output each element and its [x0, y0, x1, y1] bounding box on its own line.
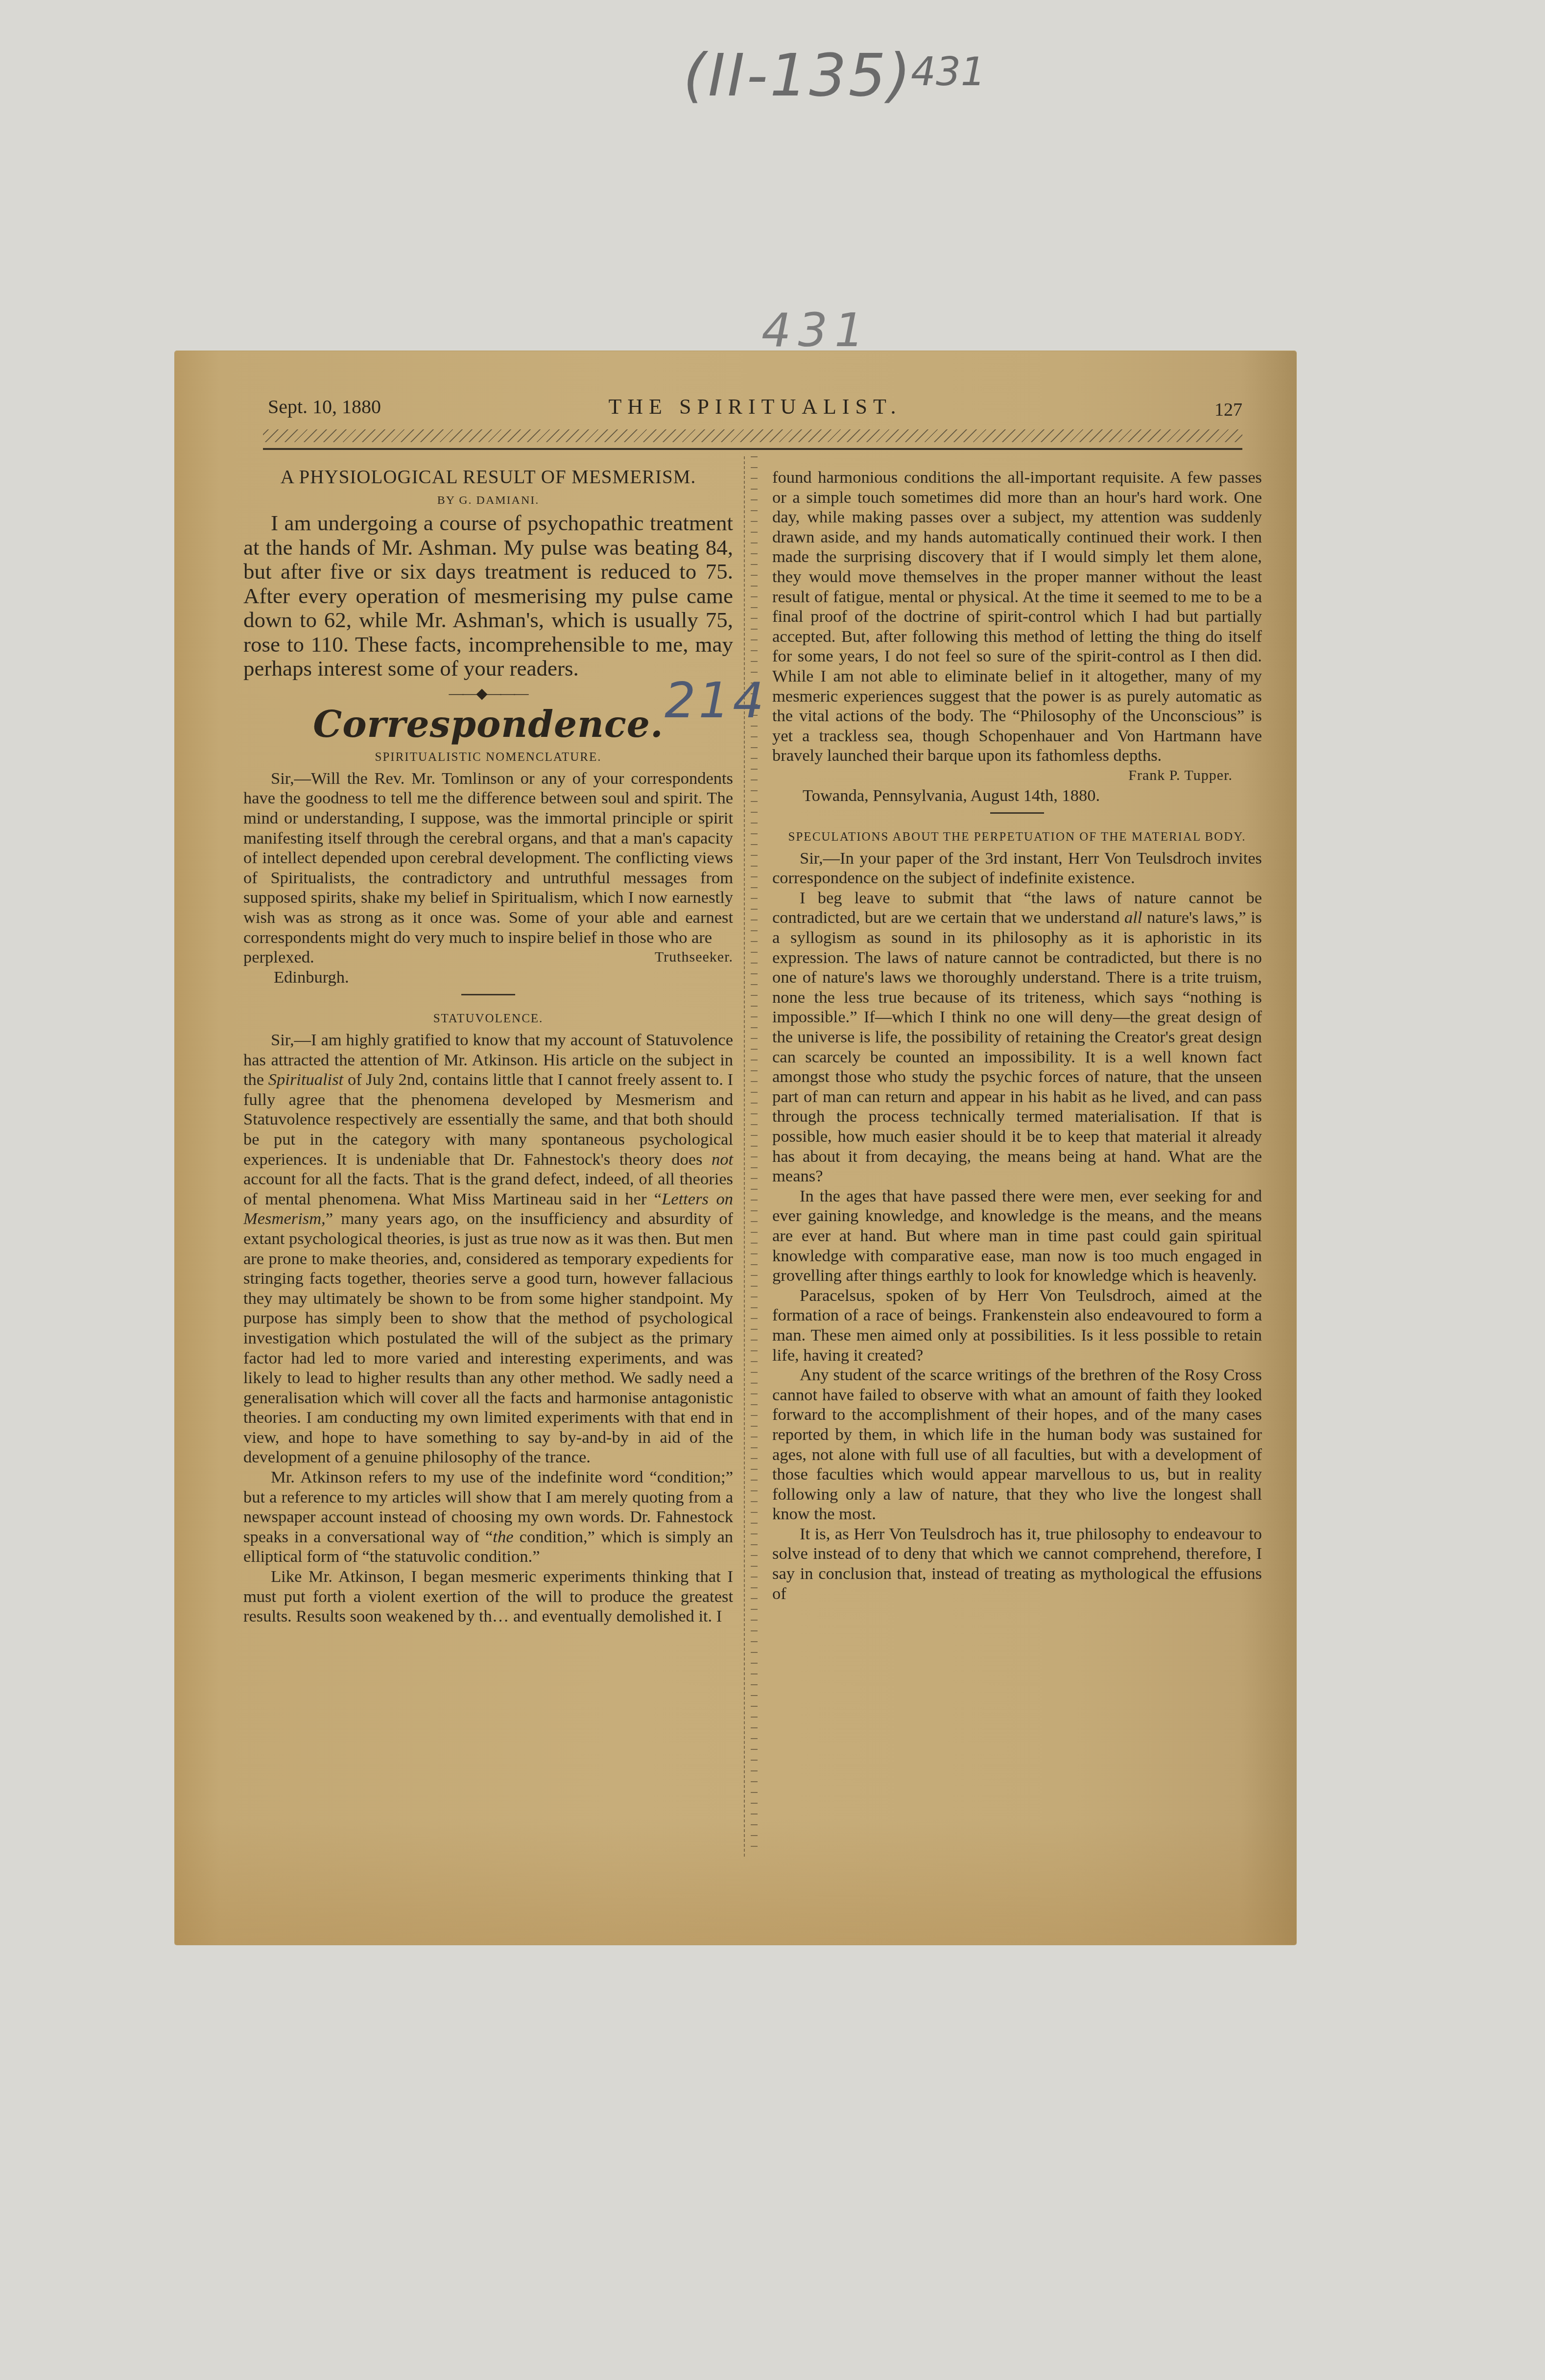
letter-body: In the ages that have passed there were … — [772, 1186, 1262, 1286]
italic-run: not — [712, 1150, 733, 1169]
letter-body: I beg leave to submit that “the laws of … — [772, 888, 1262, 1186]
letter-body: Sir,—I am highly gratified to know that … — [243, 1030, 733, 1467]
letter-place: Towanda, Pennsylvania, August 14th, 1880… — [772, 786, 1262, 806]
page-number: 127 — [1214, 399, 1242, 421]
archive-reference-note: (II-135) — [683, 42, 913, 110]
letter-place: Edinburgh. — [243, 967, 733, 988]
letter-body: Sir,—Will the Rev. Mr. Tomlinson or any … — [243, 769, 733, 947]
letter-body: Any student of the scarce writings of th… — [772, 1365, 1262, 1524]
letter-body: Sir,—In your paper of the 3rd instant, H… — [772, 848, 1262, 888]
diamond-rule-ornament: ——◆——— — [243, 684, 733, 704]
newspaper-clipping: Sept. 10, 1880 THE SPIRITUALIST. 127 A P… — [175, 351, 1296, 1945]
left-column: A PHYSIOLOGICAL RESULT OF MESMERISM. BY … — [243, 468, 733, 1626]
italic-run: Spiritualist — [268, 1070, 343, 1089]
masthead: Sept. 10, 1880 THE SPIRITUALIST. 127 — [268, 395, 1242, 424]
clipping-annotation: 214 — [665, 672, 767, 729]
right-column: found harmonious conditions the all-impo… — [772, 468, 1262, 1603]
letter-signature: Truthseeker. — [655, 947, 733, 967]
letter-body-continued: found harmonious conditions the all-impo… — [772, 468, 1262, 766]
newspaper-title: THE SPIRITUALIST. — [268, 394, 1242, 419]
text-run: ” many years ago, on the insufficiency a… — [243, 1209, 733, 1466]
italic-run: all — [1124, 908, 1142, 927]
masthead-rule — [263, 448, 1242, 450]
letter-body: Like Mr. Atkinson, I began mesmeric expe… — [243, 1567, 733, 1626]
section-heading-correspondence: Correspondence. — [243, 704, 733, 746]
folio-number-note: 431 — [911, 49, 986, 94]
page-number-pencil-note: 431 — [761, 304, 871, 357]
letter-body: Mr. Atkinson refers to my use of the ind… — [243, 1467, 733, 1567]
letter-title: SPECULATIONS ABOUT THE PERPETUATION OF T… — [772, 827, 1262, 848]
italic-run: the — [493, 1528, 513, 1546]
column-divider-ornament — [744, 456, 764, 1857]
article-title: A PHYSIOLOGICAL RESULT OF MESMERISM. — [243, 468, 733, 488]
letter-body: Paracelsus, spoken of by Herr Von Teulsd… — [772, 1286, 1262, 1365]
short-rule — [990, 812, 1044, 814]
short-rule — [461, 994, 515, 995]
text-run: account for all the facts. That is the g… — [243, 1170, 733, 1208]
letter-body: It is, as Herr Von Teulsdroch has it, tr… — [772, 1524, 1262, 1603]
letter-signoff: perplexed. Truthseeker. — [243, 947, 733, 967]
letter-last-line: perplexed. — [243, 947, 314, 967]
text-run: nature's laws,” is a syllogism as sound … — [772, 908, 1262, 1185]
article-body: I am undergoing a course of psychopathic… — [243, 511, 733, 681]
article-byline: BY G. DAMIANI. — [243, 491, 733, 511]
letter-signature: Frank P. Tupper. — [772, 766, 1262, 786]
wavy-rule-ornament — [263, 429, 1242, 442]
letter-title: STATUVOLENCE. — [243, 1009, 733, 1029]
letter-title: SPIRITUALISTIC NOMENCLATURE. — [243, 748, 733, 768]
